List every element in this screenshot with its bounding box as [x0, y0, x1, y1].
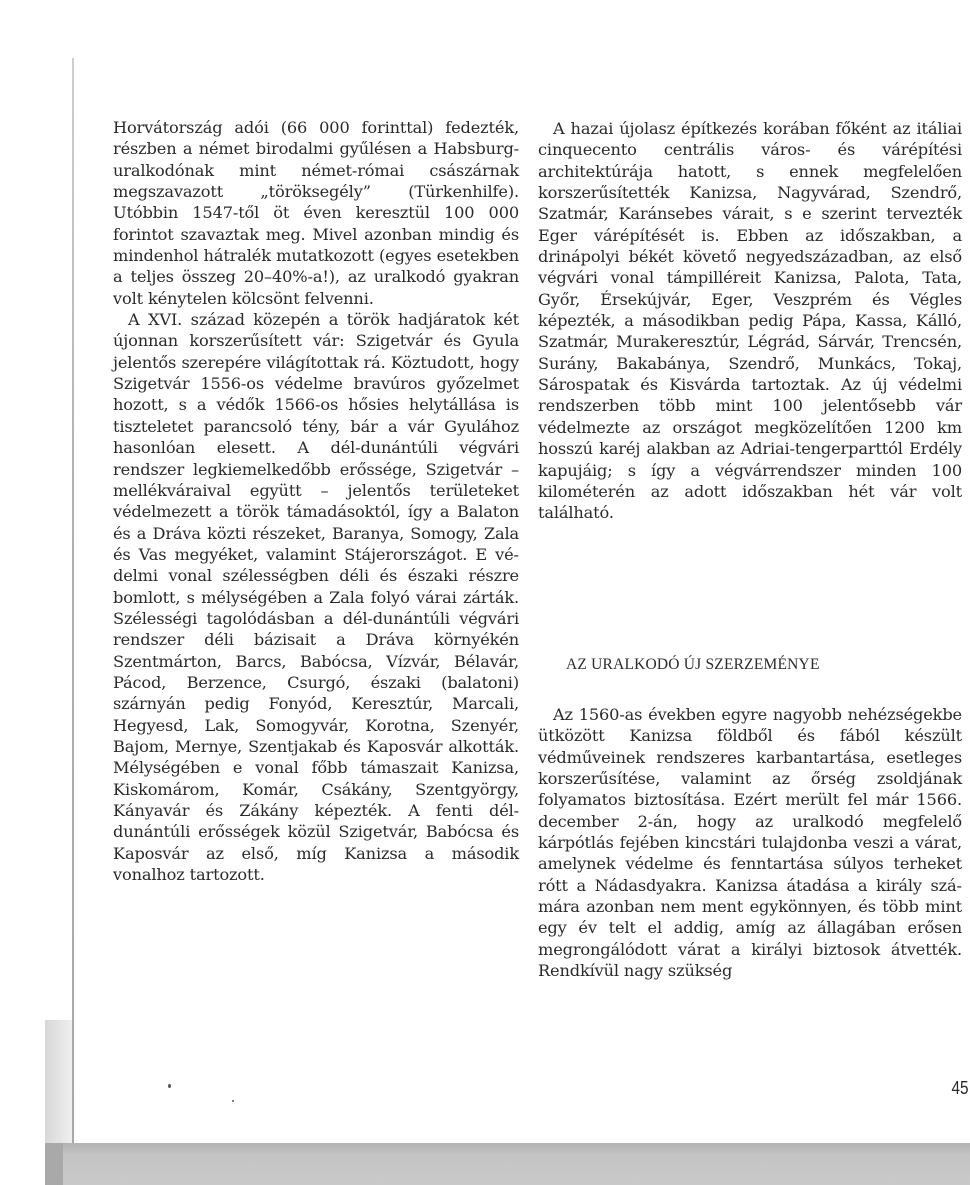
paragraph: Az 1560-as években egyre nagyobb nehéz­s… — [538, 704, 962, 981]
paragraph: A hazai újolasz építkezés korában főként… — [538, 118, 962, 524]
left-text-column: Horvátország adói (66 000 forinttal) fed… — [113, 117, 519, 885]
right-text-column-section: Az 1560-as években egyre nagyobb nehéz­s… — [538, 704, 962, 981]
page-number: 45 — [952, 1078, 969, 1099]
paragraph: Horvátország adói (66 000 forinttal) fed… — [113, 117, 519, 309]
section-heading: AZ URALKODÓ ÚJ SZERZEMÉNYE — [566, 656, 820, 674]
page-binding-edge — [72, 58, 74, 1146]
scan-speck — [232, 1100, 234, 1102]
scanner-bed-edge — [45, 1143, 63, 1185]
scanner-bed-band — [45, 1143, 970, 1185]
scan-speck — [168, 1084, 171, 1088]
right-text-column: A hazai újolasz építkezés korában főként… — [538, 118, 962, 524]
paragraph: A XVI. század közepén a török hadjáratok… — [113, 309, 519, 885]
page-binding-shadow — [45, 1020, 72, 1145]
